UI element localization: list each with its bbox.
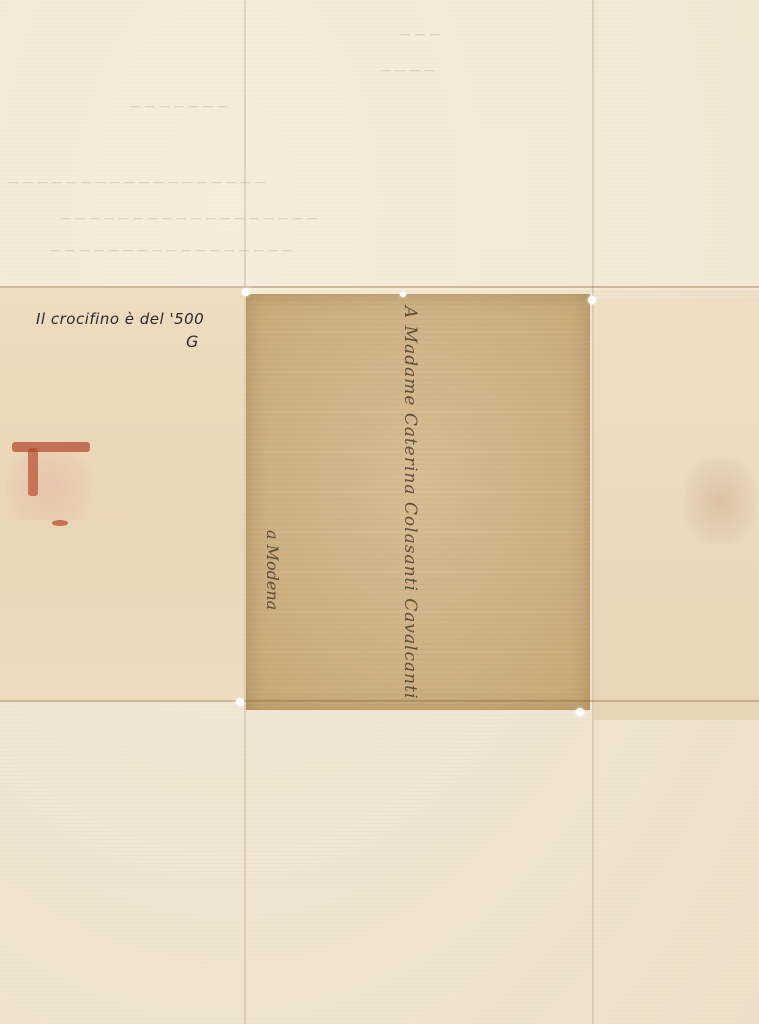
bleed-through-text: — — — — [380,64,435,77]
address-line-recipient: A Madame Caterina Colasanti Cavalcanti [400,306,420,699]
fold-line-right [592,0,594,1024]
address-line-city: a Modena [263,530,282,610]
bleed-through-text: — — — — — — — — — — — — — — — — — — [60,212,317,225]
fold-line-bottom [0,700,759,702]
bleed-through-text: — — — — — — — — — — — — — — — — — [50,244,293,257]
red-wax-drop [52,520,68,526]
fold-line-left [244,0,246,1024]
bleed-through-text: — — — — — — — — — — — — — — — — — — [8,176,265,189]
bleed-through-text: — — — [400,28,440,41]
pin-hole [588,296,596,304]
pencil-note-mark: G [186,332,198,351]
red-wax-seal-stain [6,440,92,520]
faint-seal-imprint [684,458,756,544]
pin-hole [236,698,244,706]
fold-line-top [0,286,759,288]
pencil-note: Il crocifino è del '500 [36,310,204,328]
letter-sheet: — — — — — — — — — — — — — — — — — — — — … [0,0,759,1024]
pin-hole [576,708,584,716]
bottom-fold-panel [0,702,759,1024]
bleed-through-text: — — — — — — — [130,100,228,113]
pin-hole [242,288,250,296]
pin-hole [400,292,406,297]
